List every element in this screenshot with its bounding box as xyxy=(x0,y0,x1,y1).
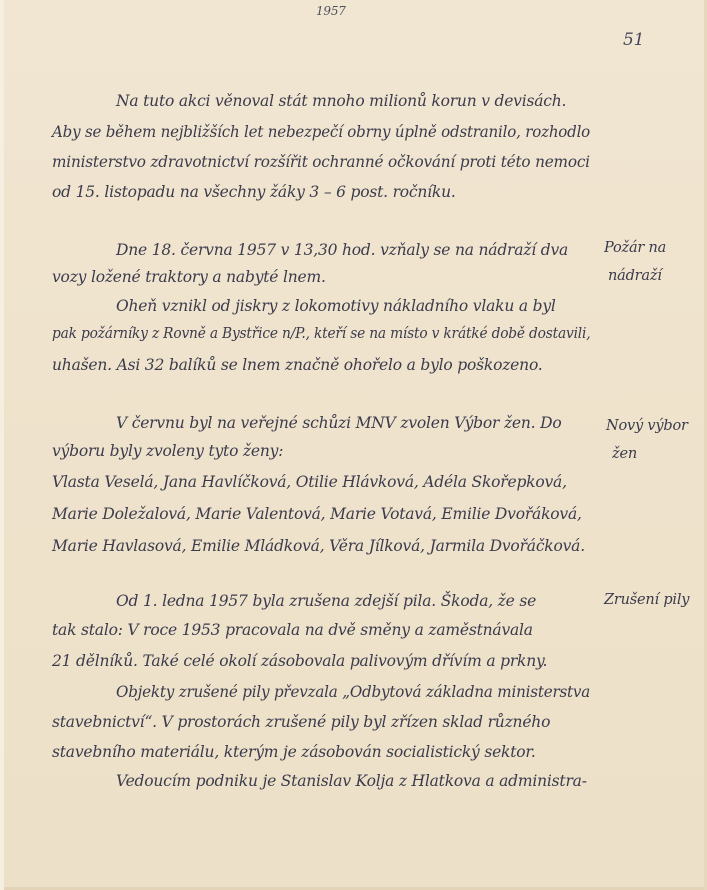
text-line: Objekty zrušené pily převzala „Odbytová … xyxy=(116,683,590,701)
text-line: Oheň vznikl od jiskry z lokomotivy nákla… xyxy=(116,297,556,315)
page-number: 51 xyxy=(623,30,644,50)
text-line: ministerstvo zdravotnictví rozšířit ochr… xyxy=(52,153,590,171)
margin-note: Požár na xyxy=(604,240,666,256)
text-line: stavebnictví“. V prostorách zrušené pily… xyxy=(52,713,550,731)
text-line: uhašen. Asi 32 balíků se lnem značně oho… xyxy=(52,356,543,374)
text-line: Aby se během nejbližších let nebezpečí o… xyxy=(52,123,590,141)
text-line: výboru byly zvoleny tyto ženy: xyxy=(52,442,283,460)
text-line: Dne 18. června 1957 v 13,30 hod. vzňaly … xyxy=(116,241,568,259)
margin-note: nádraží xyxy=(608,268,662,284)
margin-note: Nový výbor xyxy=(606,418,688,434)
text-line: Vedoucím podniku je Stanislav Kolja z Hl… xyxy=(116,772,587,790)
margin-note: Zrušení pily xyxy=(604,592,689,608)
text-line: Marie Doležalová, Marie Valentová, Marie… xyxy=(52,505,582,523)
text-line: Na tuto akci věnoval stát mnoho milionů … xyxy=(116,92,566,110)
text-line: Vlasta Veselá, Jana Havlíčková, Otilie H… xyxy=(52,473,567,491)
text-line: Od 1. ledna 1957 byla zrušena zdejší pil… xyxy=(116,592,536,610)
text-line: 21 dělníků. Také celé okolí zásobovala p… xyxy=(52,652,547,670)
text-line: Marie Havlasová, Emilie Mládková, Věra J… xyxy=(52,537,585,555)
text-line: tak stalo: V roce 1953 pracovala na dvě … xyxy=(52,621,533,639)
text-line: V červnu byl na veřejné schůzi MNV zvole… xyxy=(116,414,562,432)
text-line: pak požárníky z Rovně a Bystřice n/P., k… xyxy=(52,326,590,342)
page-year: 1957 xyxy=(316,4,346,18)
text-line: stavebního materiálu, kterým je zásobová… xyxy=(52,743,536,761)
margin-note: žen xyxy=(612,446,637,462)
text-line: od 15. listopadu na všechny žáky 3 – 6 p… xyxy=(52,183,456,201)
text-line: vozy ložené traktory a nabyté lnem. xyxy=(52,268,326,286)
chronicle-page: 1957 51 Na tuto akci věnoval stát mnoho … xyxy=(0,0,707,890)
